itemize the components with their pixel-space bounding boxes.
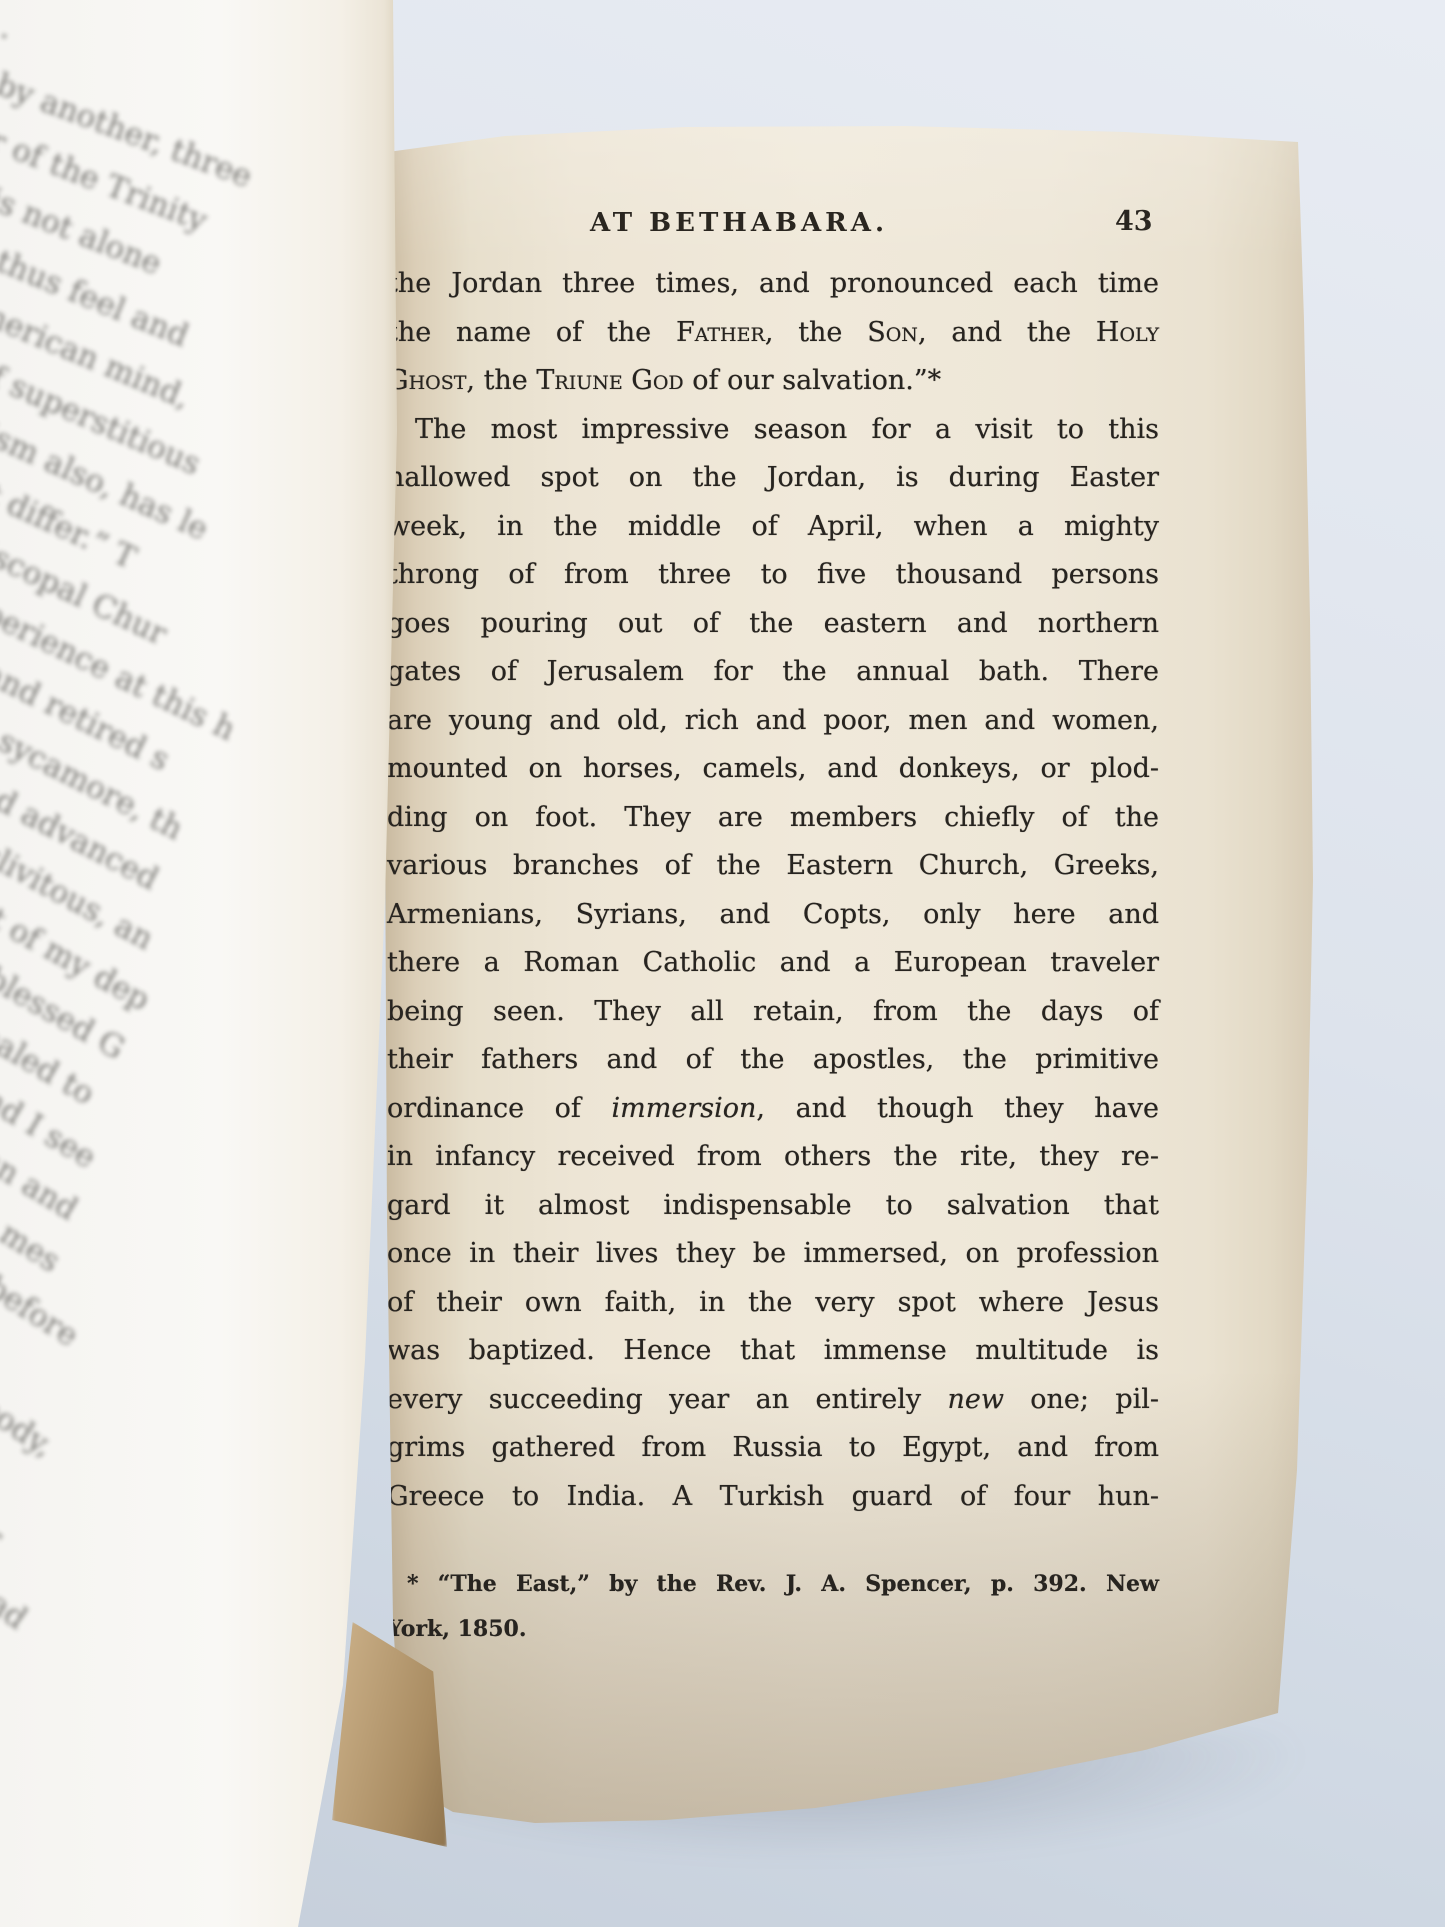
body-line: various branches of the Eastern Church, … [387,842,1159,891]
body-line: Greece to India. A Turkish guard of four… [387,1473,1159,1522]
body-line: was baptized. Hence that immense multitu… [387,1327,1159,1376]
body-line: every succeeding year an entirely new on… [387,1376,1159,1425]
body-line: are young and old, rich and poor, men an… [387,697,1159,746]
left-page: eep. . . .dipped by another, threein hon… [0,0,400,1927]
body-line: The most impressive season for a visit t… [387,406,1159,455]
left-page-line: eep. . . . [0,0,18,47]
body-line: goes pouring out of the eastern and nort… [387,600,1159,649]
body-line: Armenians, Syrians, and Copts, only here… [387,891,1159,940]
body-line: their fathers and of the apostles, the p… [387,1036,1159,1085]
body-line: throng of from three to five thousand pe… [387,551,1159,600]
body-text: the Jordan three times, and pronounced e… [387,260,1159,1521]
left-page-text: eep. . . .dipped by another, threein hon… [0,0,400,1927]
body-line: hallowed spot on the Jordan, is during E… [387,454,1159,503]
right-page: AT BETHABARA. 43 the Jordan three times,… [385,120,1315,1835]
body-line: Ghost, the Triune God of our salvation.”… [387,357,1159,406]
body-line: gard it almost indispensable to salvatio… [387,1182,1159,1231]
footnote: * “The East,” by the Rev. J. A. Spencer,… [387,1562,1159,1652]
body-line: there a Roman Catholic and a European tr… [387,939,1159,988]
book-photo: AT BETHABARA. 43 the Jordan three times,… [0,0,1445,1927]
footnote-line: * “The East,” by the Rev. J. A. Spencer,… [387,1562,1159,1607]
body-line: once in their lives they be immersed, on… [387,1230,1159,1279]
body-line: grims gathered from Russia to Egypt, and… [387,1424,1159,1473]
body-line: in infancy received from others the rite… [387,1133,1159,1182]
body-line: being seen. They all retain, from the da… [387,988,1159,1037]
body-line: ding on foot. They are members chiefly o… [387,794,1159,843]
left-page-line: Christ Jesus our Lor [0,1345,9,1556]
footnote-line: York, 1850. [387,1607,1159,1652]
body-line: the name of the Father, the Son, and the… [387,309,1159,358]
body-line: the Jordan three times, and pronounced e… [387,260,1159,309]
body-line: of their own faith, in the very spot whe… [387,1279,1159,1328]
body-line: ordinance of immersion, and though they … [387,1085,1159,1134]
page-number: 43 [1115,206,1153,237]
page-header-title: AT BETHABARA. [590,208,888,238]
body-line: gates of Jerusalem for the annual bath. … [387,648,1159,697]
body-line: mounted on horses, camels, and donkeys, … [387,745,1159,794]
body-line: week, in the middle of April, when a mig… [387,503,1159,552]
